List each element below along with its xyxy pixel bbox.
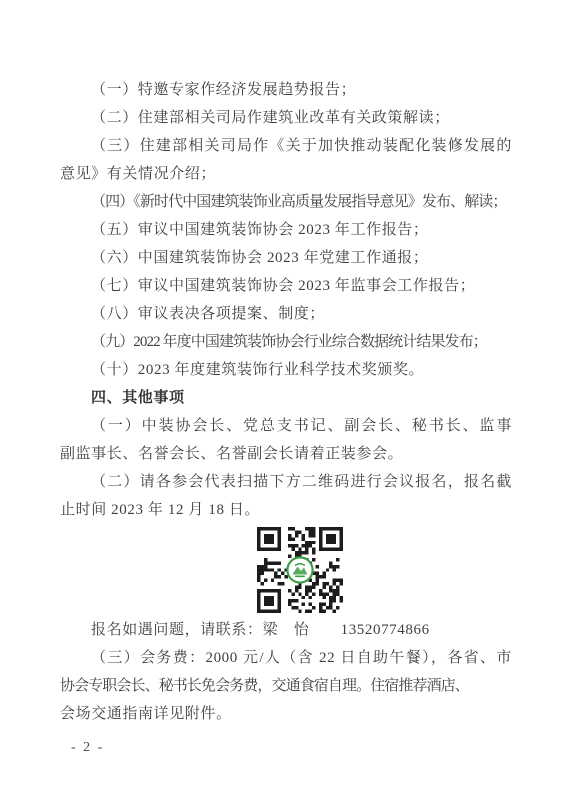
section-heading: 四、其他事项 — [60, 384, 512, 412]
text-line: （一）中装协会长、党总支书记、副会长、秘书长、监事长、 — [60, 412, 512, 440]
text-line: 会场交通指南详见附件。 — [60, 700, 512, 728]
text-line: 止时间 2023 年 12 月 18 日。 — [60, 496, 512, 524]
text-line: （二）住建部相关司局作建筑业改革有关政策解读； — [60, 104, 512, 132]
text-line: （六）中国建筑装饰协会 2023 年党建工作通报； — [60, 244, 512, 272]
document-page: （一）特邀专家作经济发展趋势报告；（二）住建部相关司局作建筑业改革有关政策解读；… — [0, 0, 566, 800]
text-line: （一）特邀专家作经济发展趋势报告； — [60, 76, 512, 104]
text-line: （七）审议中国建筑装饰协会 2023 年监事会工作报告； — [60, 272, 512, 300]
text-line: 意见》有关情况介绍； — [60, 160, 512, 188]
text-line: （八）审议表决各项提案、制度； — [60, 300, 512, 328]
qr-code-icon — [257, 527, 343, 613]
qr-code — [60, 524, 512, 616]
document-body: （一）特邀专家作经济发展趋势报告；（二）住建部相关司局作建筑业改革有关政策解读；… — [60, 76, 512, 728]
page-number: - 2 - — [71, 740, 104, 756]
text-line: 报名如遇问题，请联系：梁 怡 13520774866 — [60, 616, 512, 644]
text-line: （十）2023 年度建筑装饰行业科学技术奖颁奖。 — [60, 356, 512, 384]
text-line: （九）2022 年度中国建筑装饰协会行业综合数据统计结果发布； — [60, 328, 512, 356]
text-line: （二）请各参会代表扫描下方二维码进行会议报名，报名截 — [60, 468, 512, 496]
text-line: （三）住建部相关司局作《关于加快推动装配化装修发展的 — [60, 132, 512, 160]
text-line: （五）审议中国建筑装饰协会 2023 年工作报告； — [60, 216, 512, 244]
text-line: 协会专职会长、秘书长免会务费，交通食宿自理。住宿推荐酒店、 — [60, 672, 512, 700]
text-line: （三）会务费：2000 元/人（含 22 日自助午餐），各省、市 — [60, 644, 512, 672]
text-line: （四）《新时代中国建筑装饰业高质量发展指导意见》发布、解读； — [60, 188, 512, 216]
green-mountain-emblem-icon — [286, 556, 314, 584]
text-line: 副监事长、名誉会长、名誉副会长请着正装参会。 — [60, 440, 512, 468]
